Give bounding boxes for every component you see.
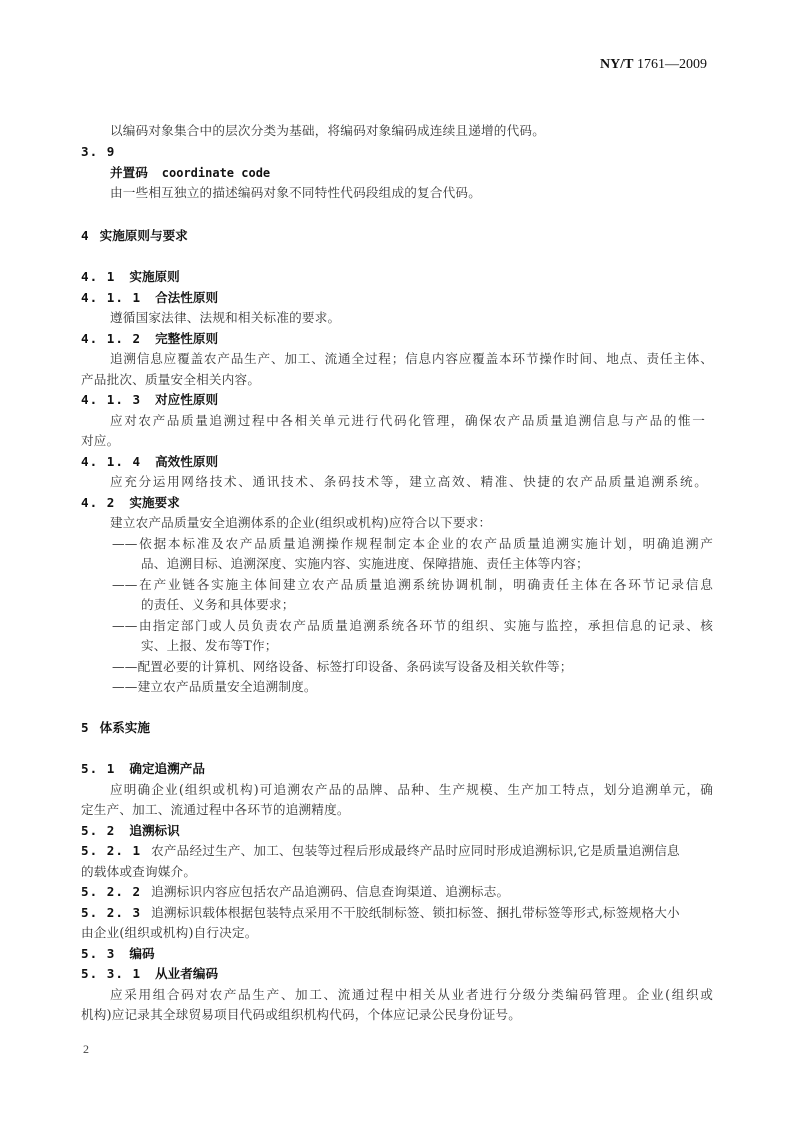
list-item-line: 的责任、义务和具体要求； bbox=[141, 597, 295, 613]
paragraph-line: 由企业(组织或机构)自行决定。 bbox=[81, 925, 258, 941]
paragraph-line: 机构)应记录其全球贸易项目代码或组织机构代码，个体应记录公民身份证号。 bbox=[81, 1007, 521, 1023]
list-item-line: 品、追溯目标、追溯深度、实施内容、实施进度、保障措施、责任主体等内容； bbox=[141, 556, 589, 572]
section-title: 完整性原则 bbox=[155, 331, 218, 346]
section-title: 对应性原则 bbox=[155, 392, 218, 407]
section-heading-4-1-1: 4. 1. 1合法性原则 bbox=[81, 290, 218, 306]
term-en: coordinate code bbox=[162, 166, 270, 180]
paragraph-line: 应充分运用网络技术、通讯技术、条码技术等，建立高效、精准、快捷的农产品质量追溯系… bbox=[110, 474, 707, 490]
section-number: 4. 1. 3 bbox=[81, 392, 141, 407]
section-title: 实施原则与要求 bbox=[100, 228, 188, 243]
paragraph-line: 追溯标识内容应包括农产品追溯码、信息查询渠道、追溯标志。 bbox=[151, 884, 509, 899]
section-title: 实施要求 bbox=[129, 495, 179, 510]
standard-number: 1761—2009 bbox=[637, 57, 707, 72]
section-number: 4. 2 bbox=[81, 495, 115, 510]
list-item-line: ——配置必要的计算机、网络设备、标签打印设备、条码读写设备及相关软件等； bbox=[112, 659, 573, 675]
section-title: 高效性原则 bbox=[155, 454, 218, 469]
section-title: 合法性原则 bbox=[155, 290, 218, 305]
section-heading-4: 4实施原则与要求 bbox=[81, 228, 188, 244]
list-item-line: 实、上报、发布等T作； bbox=[141, 638, 278, 654]
paragraph-line: 产品批次、质量安全相关内容。 bbox=[81, 372, 260, 388]
paragraph-line: 应采用组合码对农产品生产、加工、流通过程中相关从业者进行分级分类编码管理。企业(… bbox=[110, 987, 713, 1003]
list-item-line: ——建立农产品质量安全追溯制度。 bbox=[112, 679, 317, 695]
term-definition: 由一些相互独立的描述编码对象不同特性代码段组成的复合代码。 bbox=[110, 185, 481, 201]
paragraph-line: 追溯标识载体根据包装特点采用不干胶纸制标签、锁扣标签、捆扎带标签等形式,标签规格… bbox=[151, 905, 680, 920]
section-number: 5. 2 bbox=[81, 823, 115, 838]
list-item-line: ——由指定部门或人员负责农产品质量追溯系统各环节的组织、实施与监控，承担信息的记… bbox=[112, 618, 713, 634]
section-number: 5. 2. 3 bbox=[81, 905, 141, 920]
paragraph-line: 以编码对象集合中的层次分类为基础，将编码对象编码成连续且递增的代码。 bbox=[110, 123, 545, 139]
section-number: 5. 1 bbox=[81, 761, 115, 776]
paragraph-line: 农产品经过生产、加工、包装等过程后形成最终产品时应同时形成追溯标识,它是质量追溯… bbox=[151, 843, 680, 858]
section-title: 从业者编码 bbox=[155, 966, 218, 981]
section-heading-5-3-1: 5. 3. 1从业者编码 bbox=[81, 966, 218, 982]
section-number: 5 bbox=[81, 720, 90, 735]
standard-prefix: NY/T bbox=[600, 57, 633, 72]
section-number: 4. 1. 2 bbox=[81, 331, 141, 346]
list-item-line: ——在产业链各实施主体间建立农产品质量追溯系统协调机制，明确责任主体在各环节记录… bbox=[112, 577, 713, 593]
section-number: 4 bbox=[81, 228, 90, 243]
section-heading-4-2: 4. 2实施要求 bbox=[81, 495, 180, 511]
section-heading-4-1: 4. 1实施原则 bbox=[81, 269, 180, 285]
paragraph-line: 建立农产品质量安全追溯体系的企业(组织或机构)应符合以下要求： bbox=[110, 515, 491, 531]
section-title: 追溯标识 bbox=[129, 823, 179, 838]
section-number: 4. 1. 4 bbox=[81, 454, 141, 469]
standard-header: NY/T 1761—2009 bbox=[600, 57, 707, 73]
term-entry: 并置码coordinate code bbox=[110, 165, 270, 181]
section-number: 5. 2. 2 bbox=[81, 884, 141, 899]
clause-5-2-3: 5. 2. 3追溯标识载体根据包装特点采用不干胶纸制标签、锁扣标签、捆扎带标签等… bbox=[81, 905, 680, 921]
paragraph-line: 遵循国家法律、法规和相关标准的要求。 bbox=[110, 310, 340, 326]
list-item-line: ——依据本标准及农产品质量追溯操作规程制定本企业的农产品质量追溯实施计划，明确追… bbox=[112, 536, 713, 552]
section-heading-5-1: 5. 1确定追溯产品 bbox=[81, 761, 205, 777]
document-page: NY/T 1761—2009 以编码对象集合中的层次分类为基础，将编码对象编码成… bbox=[0, 0, 794, 1123]
section-heading-4-1-4: 4. 1. 4高效性原则 bbox=[81, 454, 218, 470]
section-heading-5-3: 5. 3编码 bbox=[81, 946, 155, 962]
section-heading-5-2: 5. 2追溯标识 bbox=[81, 823, 180, 839]
section-title: 确定追溯产品 bbox=[129, 761, 205, 776]
section-number: 5. 3 bbox=[81, 946, 115, 961]
section-heading-4-1-3: 4. 1. 3对应性原则 bbox=[81, 392, 218, 408]
section-number: 5. 3. 1 bbox=[81, 966, 141, 981]
paragraph-line: 的载体或查询媒介。 bbox=[81, 864, 196, 880]
term-zh: 并置码 bbox=[110, 165, 148, 180]
section-number: 4. 1 bbox=[81, 269, 115, 284]
section-number: 4. 1. 1 bbox=[81, 290, 141, 305]
clause-5-2-1: 5. 2. 1农产品经过生产、加工、包装等过程后形成最终产品时应同时形成追溯标识… bbox=[81, 843, 680, 859]
section-number: 3. 9 bbox=[81, 144, 115, 160]
section-title: 编码 bbox=[129, 946, 154, 961]
section-title: 体系实施 bbox=[100, 720, 150, 735]
page-number: 2 bbox=[83, 1042, 89, 1057]
section-title: 实施原则 bbox=[129, 269, 179, 284]
paragraph-line: 对应。 bbox=[81, 433, 119, 449]
paragraph-line: 应对农产品质量追溯过程中各相关单元进行代码化管理，确保农产品质量追溯信息与产品的… bbox=[110, 413, 705, 429]
section-number: 5. 2. 1 bbox=[81, 843, 141, 858]
section-heading-5: 5体系实施 bbox=[81, 720, 150, 736]
paragraph-line: 应明确企业(组织或机构)可追溯农产品的品牌、品种、生产规模、生产加工特点，划分追… bbox=[110, 782, 713, 798]
clause-5-2-2: 5. 2. 2追溯标识内容应包括农产品追溯码、信息查询渠道、追溯标志。 bbox=[81, 884, 509, 900]
section-heading-4-1-2: 4. 1. 2完整性原则 bbox=[81, 331, 218, 347]
paragraph-line: 定生产、加工、流通过程中各环节的追溯精度。 bbox=[81, 802, 350, 818]
paragraph-line: 追溯信息应覆盖农产品生产、加工、流通全过程；信息内容应覆盖本环节操作时间、地点、… bbox=[110, 351, 713, 367]
